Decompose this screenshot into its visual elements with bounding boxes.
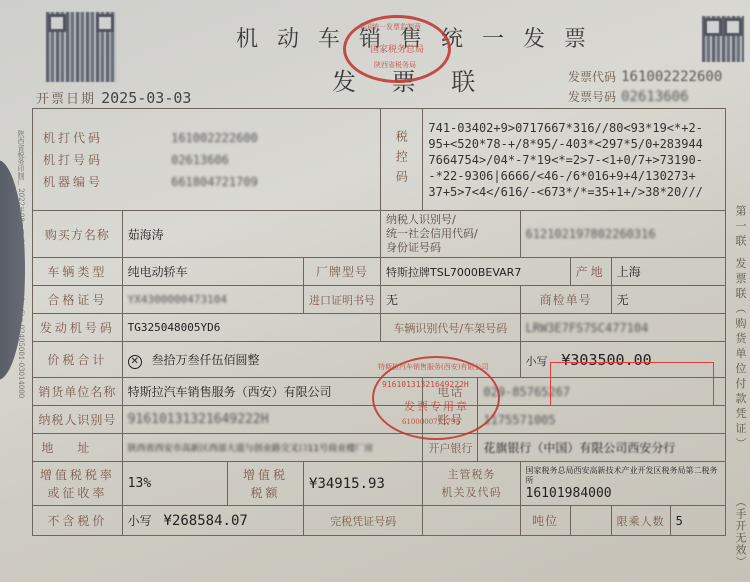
tax-authority-value: 国家税务总局西安高新技术产业开发区税务局第二税务所 16101984000 — [520, 462, 725, 506]
machine-number-value: 02613606 — [171, 149, 375, 171]
tax-amount-label-line: 增值税 — [233, 466, 298, 484]
issue-date-label: 开票日期 — [36, 92, 96, 107]
total-label: 价税合计 — [33, 342, 123, 378]
invoice-code-value: 161002222600 — [621, 69, 722, 85]
circle-x-icon: ✕ — [128, 355, 142, 369]
seller-address-value: 陕西省西安市高新区西部大道与创业路交叉口11号商业楼厂房 — [122, 434, 423, 462]
vehicle-model-label: 厂牌型号 — [304, 258, 381, 286]
seller-invoice-stamp: 特斯拉汽车销售服务(西安)有限公司 91610131321649222H 发票专… — [372, 356, 500, 440]
pretax-row: 不含税价 小写 ¥268584.07 完税凭证号码 吨位 限乘人数 5 — [33, 506, 726, 536]
buyer-name-value: 茹海涛 — [122, 211, 380, 258]
tax-control-label: 税控码 — [393, 130, 410, 190]
total-uppercase-value: 叁拾万叁仟伍佰圆整 — [152, 353, 260, 367]
tax-code-line: 7664754>/04*-7*19<*=2>7-<1+0/7+>73190- — [428, 152, 720, 168]
tax-cert-value — [423, 506, 520, 536]
seller-bank-text: 花旗银行（中国）有限公司西安分行 — [483, 441, 675, 455]
tax-row: 增值税税率 或征收率 13% 增值税 税额 ¥34915.93 主管税务 机关及… — [33, 462, 726, 506]
machine-row: 机打代码 机打号码 机器编号 161002222600 02613606 661… — [33, 109, 726, 211]
machine-code-value: 161002222600 — [171, 127, 375, 149]
seller-address-label: 地址 — [33, 434, 123, 462]
tax-rate-label-line: 增值税税率 — [38, 466, 117, 484]
tax-code-line: 95+<520*78-+/8*95/-403*<297*5/0+283944 — [428, 136, 720, 152]
tax-rate-value: 13% — [122, 462, 227, 506]
machine-number-label: 机打号码 — [43, 149, 161, 171]
printer-info-side-text: 陕西省税务印制厂 2022年08月印 609000份(609000×6)= 02… — [16, 130, 26, 398]
seller-stamp-number: 6100000711793 — [402, 418, 460, 426]
invoice-number-label: 发票号码 — [568, 90, 616, 104]
buyer-id-label-line: 身份证号码 — [386, 241, 515, 255]
vehicle-model-value: 特斯拉牌TSL7000BEVAR7 — [381, 258, 571, 286]
buyer-name-label: 购买方名称 — [33, 211, 123, 258]
tonnage-label: 吨位 — [520, 506, 570, 536]
seller-stamp-title: 发票专用章 — [404, 398, 469, 414]
issue-date-value: 2025-03-03 — [101, 89, 191, 107]
issue-date: 开票日期 2025-03-03 — [36, 88, 191, 107]
buyer-id-label-line: 纳税人识别号/ — [386, 213, 515, 227]
tax-code-line: 741-03402+9>0717667*316//80<93*19<*+2- — [428, 120, 720, 136]
copy-type-side-text: 第一联 发票联（购货单位付款凭证） — [732, 205, 748, 453]
vehicle-origin-label: 产地 — [570, 258, 611, 286]
tax-authority-name: 国家税务总局西安高新技术产业开发区税务局第二税务所 — [526, 466, 720, 486]
machine-device-label: 机器编号 — [43, 171, 161, 193]
tax-control-code: 741-03402+9>0717667*316//80<93*19<*+2- 9… — [423, 109, 726, 211]
stamp-bottom-text: 陕西省税务局 — [374, 60, 416, 70]
buyer-id-label-line: 统一社会信用代码/ — [386, 227, 515, 241]
pretax-label: 不含税价 — [33, 506, 123, 536]
invoice-number: 发票号码 02613606 — [568, 86, 689, 105]
seller-bank-value: 花旗银行（中国）有限公司西安分行 — [478, 434, 726, 462]
engine-value: TG325048005YD6 — [122, 314, 380, 342]
buyer-id-value: 612102197802260316 — [520, 211, 725, 258]
vehicle-origin-value: 上海 — [611, 258, 725, 286]
import-value: 无 — [381, 286, 521, 314]
machine-code-label: 机打代码 — [43, 127, 161, 149]
vehicle-type-value: 纯电动轿车 — [122, 258, 303, 286]
tax-amount-label-line: 税额 — [233, 484, 298, 502]
invoice-number-value: 02613606 — [621, 89, 688, 105]
total-amount-highlight — [550, 362, 714, 406]
total-lowercase-label: 小写 — [526, 355, 548, 368]
import-label: 进口证明书号 — [304, 286, 381, 314]
engine-row: 发动机号码 TG325048005YD6 车辆识别代号/车架号码 LRW3E7F… — [33, 314, 726, 342]
qr-code-right — [702, 16, 744, 62]
inspection-value: 无 — [611, 286, 725, 314]
machine-device-value: 661804721709 — [171, 171, 375, 193]
tax-amount-label: 增值税 税额 — [228, 462, 304, 506]
pretax-value: ¥268584.07 — [164, 513, 248, 529]
tax-authority-label: 主管税务 机关及代码 — [423, 462, 520, 506]
vehicle-type-row: 车辆类型 纯电动轿车 厂牌型号 特斯拉牌TSL7000BEVAR7 产地 上海 — [33, 258, 726, 286]
seats-value: 5 — [670, 506, 725, 536]
tax-rate-label-line: 或征收率 — [38, 484, 117, 502]
seller-account-value: 1175571005 — [478, 406, 726, 434]
tax-amount-value: ¥34915.93 — [304, 462, 423, 506]
cert-label: 合格证号 — [33, 286, 123, 314]
certificate-row: 合格证号 YX4300000473104 进口证明书号 无 商检单号 无 — [33, 286, 726, 314]
seller-taxid-label: 纳税人识别号 — [33, 406, 123, 434]
stamp-top-text: 全国统一发票监制章 — [358, 22, 421, 32]
tax-code-line: -*22-9306|6666/<46-/6*016+9+4/130273+ — [428, 168, 720, 184]
vehicle-type-label: 车辆类型 — [33, 258, 123, 286]
vin-label: 车辆识别代号/车架号码 — [381, 314, 521, 342]
seller-name-label: 销货单位名称 — [33, 378, 123, 406]
invoice-table: 机打代码 机打号码 机器编号 161002222600 02613606 661… — [32, 108, 726, 536]
seller-stamp-id: 91610131321649222H — [382, 380, 469, 389]
seller-address-row: 地址 陕西省西安市高新区西部大道与创业路交叉口11号商业楼厂房 开户银行 花旗银… — [33, 434, 726, 462]
invoice-code-label: 发票代码 — [568, 70, 616, 84]
cert-value: YX4300000473104 — [122, 286, 303, 314]
buyer-id-label: 纳税人识别号/ 统一社会信用代码/ 身份证号码 — [381, 211, 521, 258]
tax-code-line: 37+5>7<4</616/-<673*/*=35+1+/>38*20/// — [428, 184, 720, 200]
inspection-label: 商检单号 — [520, 286, 611, 314]
invoice-code: 发票代码 161002222600 — [568, 66, 722, 85]
stamp-middle-text: 国家税务总局 — [370, 42, 424, 55]
qr-code-left — [46, 12, 116, 82]
tax-authority-code: 16101984000 — [526, 486, 720, 501]
buyer-row: 购买方名称 茹海涛 纳税人识别号/ 统一社会信用代码/ 身份证号码 612102… — [33, 211, 726, 258]
engine-label: 发动机号码 — [33, 314, 123, 342]
handwritten-invalid-text: （手开无效） — [732, 496, 748, 568]
vin-value: LRW3E7FS7SC477104 — [520, 314, 725, 342]
seats-label: 限乘人数 — [611, 506, 670, 536]
tax-rate-label: 增值税税率 或征收率 — [33, 462, 123, 506]
seller-stamp-company: 特斯拉汽车销售服务(西安)有限公司 — [378, 362, 488, 372]
tonnage-value — [570, 506, 611, 536]
tax-cert-label: 完税凭证号码 — [304, 506, 423, 536]
pretax-lowercase-label: 小写 — [128, 514, 152, 528]
pretax-value-cell: 小写 ¥268584.07 — [122, 506, 303, 536]
tax-bureau-stamp: 全国统一发票监制章 国家税务总局 陕西省税务局 — [343, 15, 451, 83]
tax-authority-label-line: 机关及代码 — [428, 484, 514, 502]
tax-authority-label-line: 主管税务 — [428, 466, 514, 484]
